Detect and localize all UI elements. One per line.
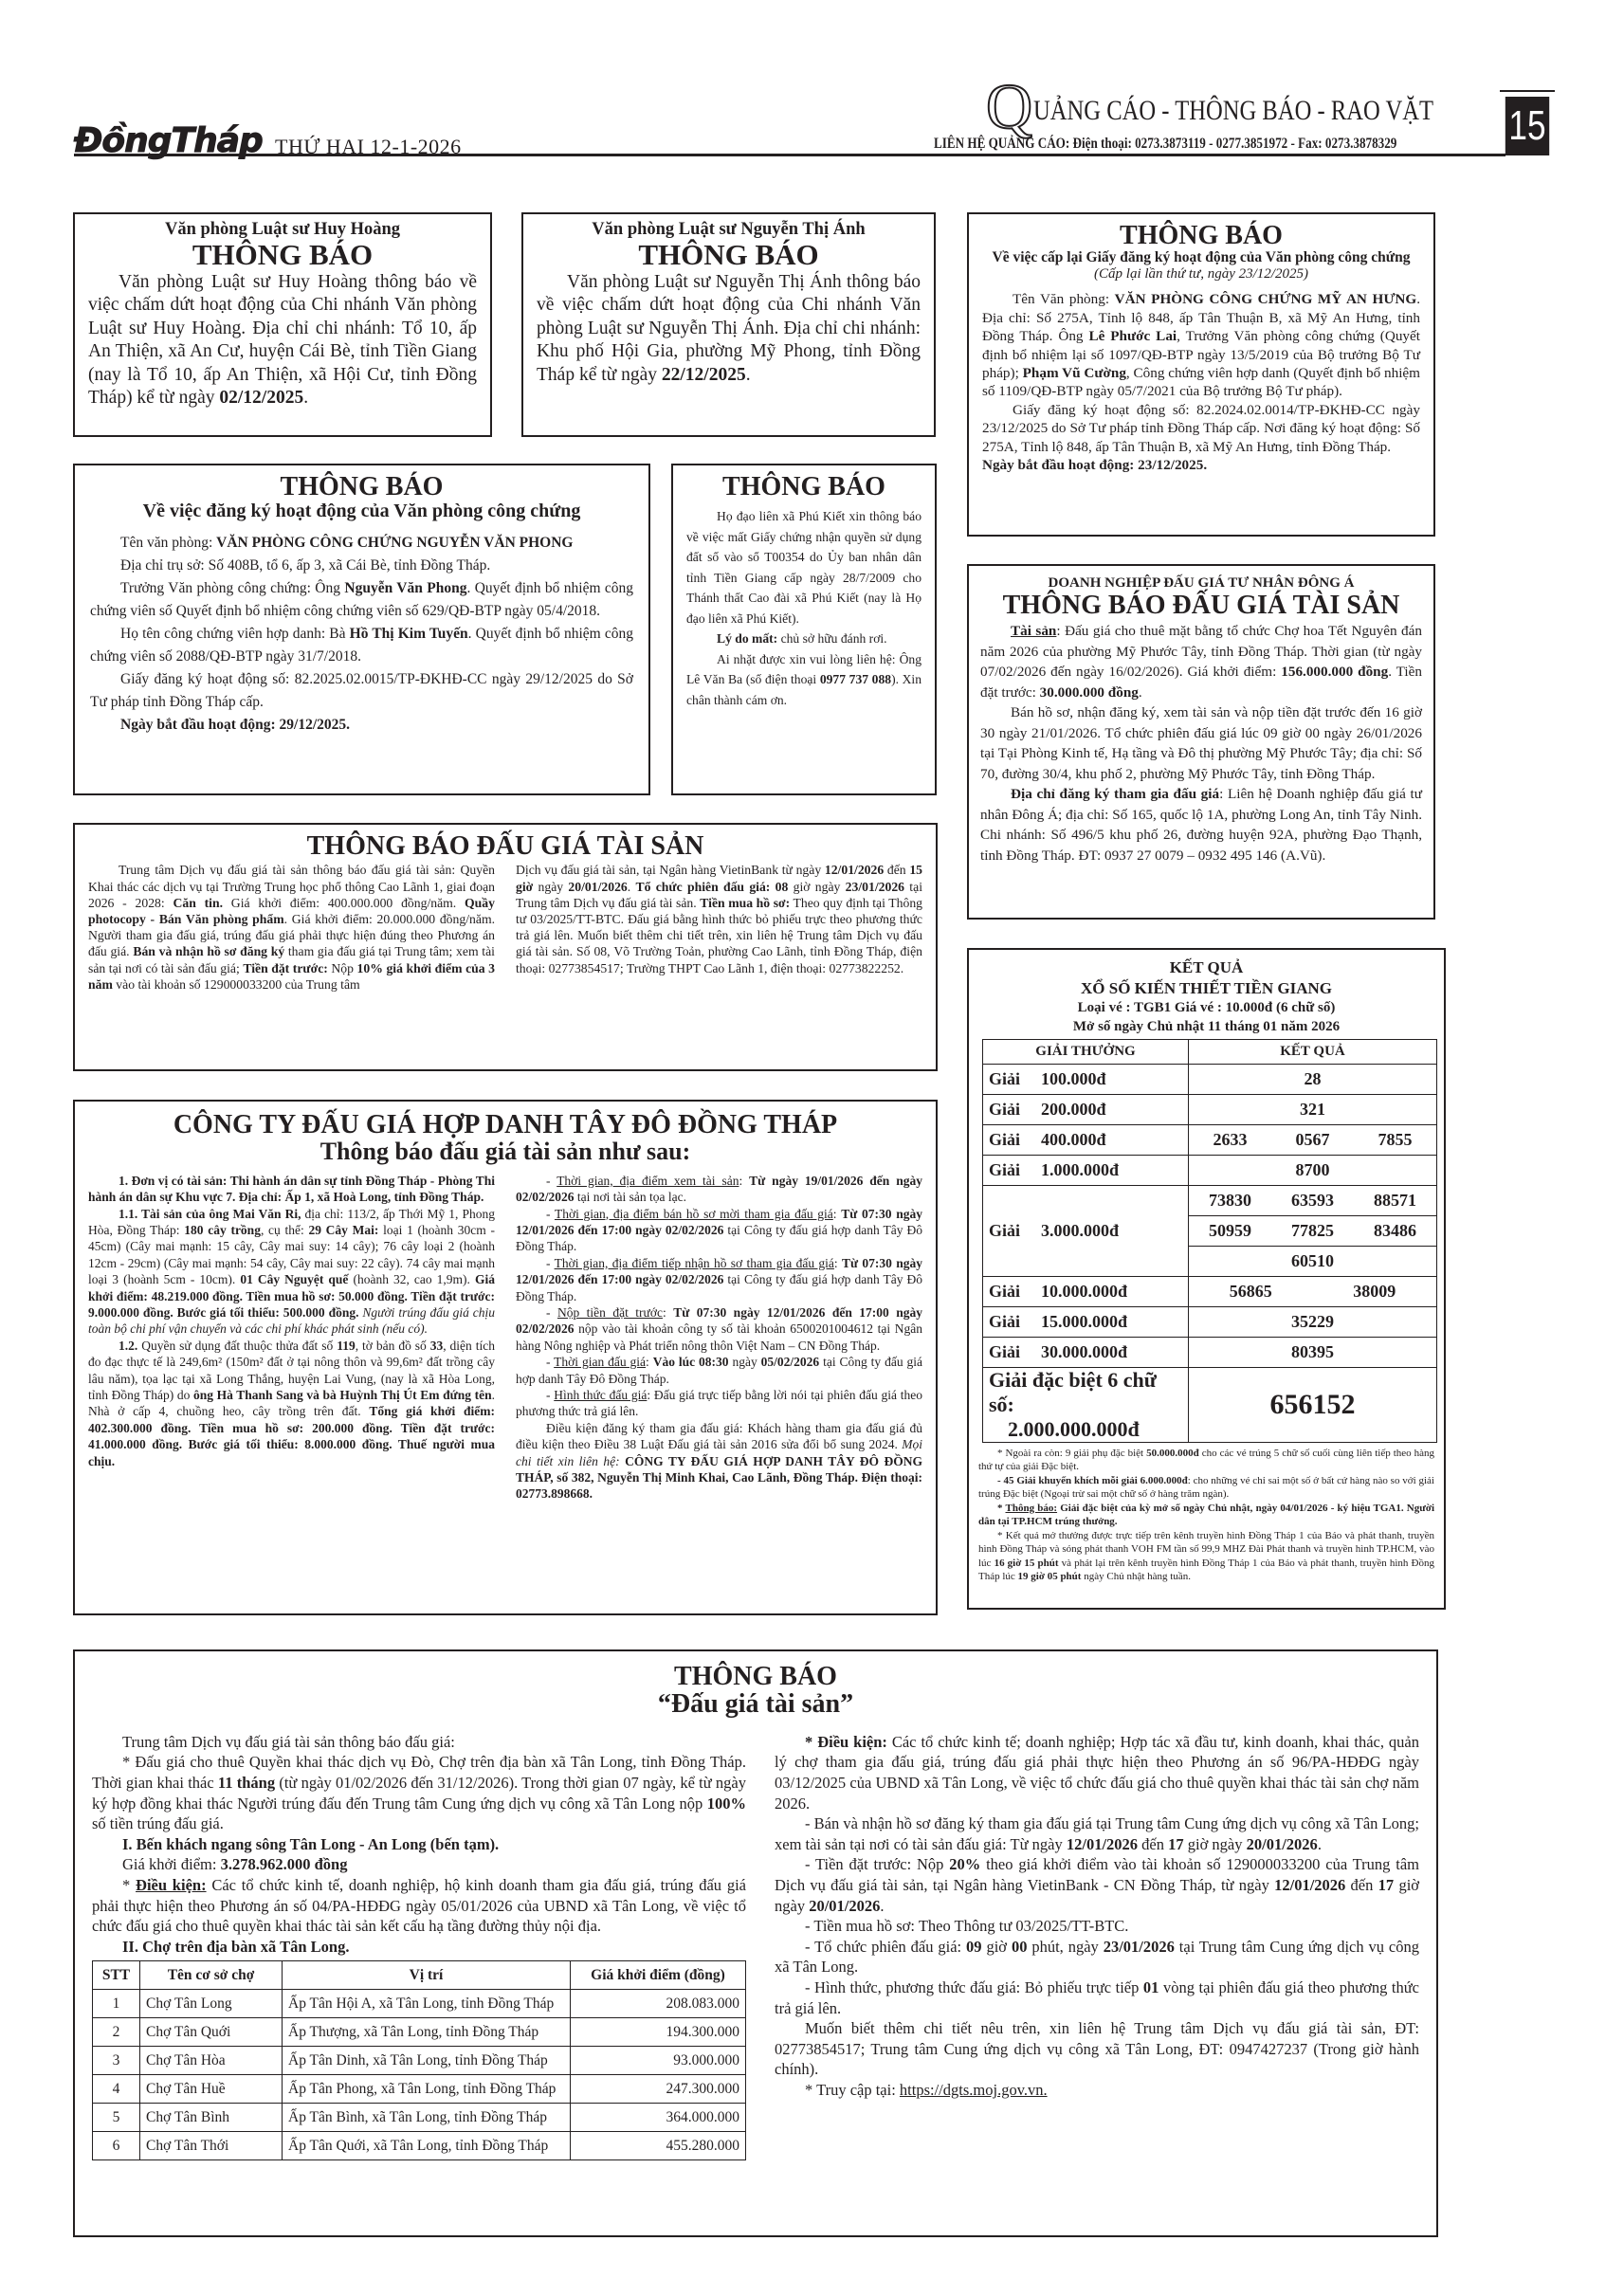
ad-paragraph: * Điều kiện: Các tổ chức kinh tế, doanh …: [92, 1875, 746, 1937]
winning-number: 77825: [1291, 1221, 1334, 1241]
ad-title: THÔNG BÁO: [982, 222, 1420, 249]
prize-cell: Giải200.000đ: [983, 1094, 1189, 1124]
winning-number: 38009: [1353, 1282, 1396, 1302]
market-col-header: Vị trí: [283, 1961, 571, 1990]
ad-paragraph: I. Bến khách ngang sông Tân Long - An Lo…: [92, 1834, 746, 1855]
ad-phu-kiet: THÔNG BÁO Họ đạo liên xã Phú Kiết xin th…: [671, 464, 937, 795]
ad-paragraph: 1.1. Tài sản của ông Mai Văn Ri, địa chỉ…: [88, 1206, 495, 1338]
prize-cell: Giải400.000đ: [983, 1124, 1189, 1155]
ad-paragraph: Điều kiện đăng ký tham gia đấu giá: Khác…: [516, 1420, 922, 1503]
ad-contact: Ai nhặt được xin vui lòng liên hệ: Ông L…: [686, 649, 921, 711]
ad-body: Văn phòng Luật sư Huy Hoàng thông báo về…: [88, 271, 477, 410]
ad-dong-a-auction: DOANH NGHIỆP ĐẤU GIÁ TƯ NHÂN ĐÔNG Á THÔN…: [967, 564, 1435, 920]
prize-cell: Giải15.000.000đ: [983, 1306, 1189, 1337]
ad-my-an-hung: THÔNG BÁO Về việc cấp lại Giấy đăng ký h…: [967, 212, 1435, 537]
prize-cell: Giải100.000đ: [983, 1064, 1189, 1094]
lottery-row: Giải400.000đ263305677855: [983, 1124, 1437, 1155]
ad-paragraph: - Tổ chức phiên đấu giá: 09 giờ 00 phút,…: [775, 1937, 1419, 1977]
header-rule: [74, 154, 1505, 156]
market-row: 1Chợ Tân LongẤp Tân Hội A, xã Tân Long, …: [93, 1990, 746, 2018]
winning-number: 35229: [1291, 1312, 1334, 1332]
ad-right-col: * Điều kiện: Các tổ chức kinh tế; doanh …: [775, 1732, 1419, 2161]
lottery-row: Giải200.000đ321: [983, 1094, 1437, 1124]
col-result: KẾT QUẢ: [1189, 1039, 1437, 1064]
lottery-row: Giải3.000.000đ738306359388571: [983, 1185, 1437, 1215]
ad-line: Giấy đăng ký hoạt động số: 82.2025.02.00…: [90, 668, 633, 714]
ad-register: Địa chỉ đăng ký tham gia đấu giá: Liên h…: [980, 784, 1422, 866]
ad-paragraph: Trung tâm Dịch vụ đấu giá tài sản thông …: [92, 1732, 746, 1753]
lottery-row: Giải100.000đ28: [983, 1064, 1437, 1094]
ad-paragraph: - Tiền đặt trước: Nộp 20% theo giá khởi …: [775, 1854, 1419, 1916]
lottery-notes: * Ngoài ra còn: 9 giải phụ đặc biệt 50.0…: [976, 1447, 1436, 1584]
market-row: 3Chợ Tân HòaẤp Tân Dinh, xã Tân Long, tỉ…: [93, 2047, 746, 2075]
ad-paragraph: - Bán và nhận hồ sơ đăng ký tham gia đấu…: [775, 1813, 1419, 1854]
lottery-note: - 45 Giải khuyến khích mỗi giải 6.000.00…: [978, 1474, 1434, 1502]
prize-cell: Giải1.000.000đ: [983, 1155, 1189, 1185]
ad-paragraph: Giá khởi điểm: 3.278.962.000 đồng: [92, 1854, 746, 1875]
market-row: 2Chợ Tân QuớiẤp Thượng, xã Tân Long, tỉn…: [93, 2018, 746, 2047]
winning-number: 60510: [1291, 1251, 1334, 1271]
ad-line: Trưởng Văn phòng công chứng: Ông Nguyễn …: [90, 577, 633, 623]
ad-para: Họ đạo liên xã Phú Kiết xin thông báo về…: [686, 506, 921, 629]
ad-cao-lanh-auction: THÔNG BÁO ĐẤU GIÁ TÀI SẢN Trung tâm Dịch…: [73, 823, 938, 1071]
lottery-note: * Ngoài ra còn: 9 giải phụ đặc biệt 50.0…: [978, 1447, 1434, 1474]
ad-col-2: Dịch vụ đấu giá tài sản, tại Ngân hàng V…: [516, 862, 922, 975]
winning-number: 63593: [1291, 1191, 1334, 1211]
ad-left-col: Trung tâm Dịch vụ đấu giá tài sản thông …: [92, 1732, 746, 1958]
winning-number: 0567: [1296, 1130, 1330, 1150]
ad-paragraph: * Đấu giá cho thuê Quyền khai thác dịch …: [92, 1752, 746, 1833]
lottery-subtitle: XỔ SỐ KIẾN THIẾT TIỀN GIANG: [976, 980, 1436, 997]
ad-subtitle: Về việc cấp lại Giấy đăng ký hoạt động c…: [982, 249, 1420, 266]
ad-body: Văn phòng Luật sư Nguyễn Thị Ánh thông b…: [537, 271, 921, 388]
market-row: 4Chợ Tân HuềẤp Tân Phong, xã Tân Long, t…: [93, 2075, 746, 2104]
prize-cell: Giải10.000.000đ: [983, 1276, 1189, 1306]
ad-para: Bán hồ sơ, nhận đăng ký, xem tài sản và …: [980, 702, 1422, 784]
ad-line: Tên văn phòng: VĂN PHÒNG CÔNG CHỨNG NGUY…: [90, 532, 633, 555]
market-row: 5Chợ Tân BìnhẤp Tân Bình, xã Tân Long, t…: [93, 2104, 746, 2132]
lottery-table: GIẢI THƯỞNG KẾT QUẢ Giải100.000đ28Giải20…: [982, 1039, 1437, 1443]
ad-paragraph: - Thời gian, địa điểm tiếp nhận hồ sơ th…: [516, 1255, 922, 1304]
market-col-header: STT: [93, 1961, 140, 1990]
page-number: 15: [1505, 97, 1549, 155]
ad-start-date: Ngày bắt đầu hoạt động: 23/12/2025.: [982, 456, 1420, 474]
section-initial: Q: [986, 74, 1032, 138]
ad-col-2: - Thời gian, địa điểm xem tài sản: Từ ng…: [516, 1173, 922, 1503]
prize-cell: Giải3.000.000đ: [983, 1185, 1189, 1276]
winning-number: 50959: [1209, 1221, 1251, 1241]
ad-tan-long-auction: THÔNG BÁO “Đấu giá tài sản” Trung tâm Dị…: [73, 1649, 1438, 2237]
winning-number: 83486: [1374, 1221, 1416, 1241]
winning-number: 7855: [1378, 1130, 1413, 1150]
ad-para: Giấy đăng ký hoạt động số: 82.2024.02.00…: [982, 401, 1420, 456]
ad-title: THÔNG BÁO: [686, 473, 921, 501]
winning-number: 80395: [1291, 1342, 1334, 1362]
ad-paragraph: * Điều kiện: Các tổ chức kinh tế; doanh …: [775, 1732, 1419, 1813]
ad-nguyen-thi-anh: Văn phòng Luật sư Nguyễn Thị Ánh THÔNG B…: [521, 212, 936, 437]
lottery-draw-date: Mở số ngày Chủ nhật 11 tháng 01 năm 2026: [976, 1019, 1436, 1035]
page-number-rule: [1500, 90, 1555, 92]
ad-org: DOANH NGHIỆP ĐẤU GIÁ TƯ NHÂN ĐÔNG Á: [980, 575, 1422, 592]
special-number: 656152: [1189, 1367, 1437, 1442]
ad-paragraph: - Tiền mua hồ sơ: Theo Thông tư 03/2025/…: [775, 1916, 1419, 1937]
ad-note: (Cấp lại lần thứ tư, ngày 23/12/2025): [982, 266, 1420, 282]
ad-paragraph: - Thời gian, địa điểm xem tài sản: Từ ng…: [516, 1173, 922, 1206]
prize-cell: Giải30.000.000đ: [983, 1337, 1189, 1367]
ad-reason: Lý do mất: chủ sở hữu đánh rơi.: [686, 629, 921, 649]
ad-org: Văn phòng Luật sư Huy Hoàng: [88, 220, 477, 240]
lottery-row: Giải1.000.000đ8700: [983, 1155, 1437, 1185]
winning-number: 88571: [1374, 1191, 1416, 1211]
market-col-header: Giá khởi điểm (đồng): [571, 1961, 746, 1990]
lottery-row: Giải10.000.000đ5686538009: [983, 1276, 1437, 1306]
ad-paragraph: - Hình thức đấu giá: Đấu giá trực tiếp b…: [516, 1387, 922, 1420]
ad-title: THÔNG BÁO: [92, 1663, 1419, 1690]
ad-paragraph: - Nộp tiền đặt trước: Từ 07:30 ngày 12/0…: [516, 1304, 922, 1354]
lottery-note: * Kết quả mở thưởng được trực tiếp trên …: [978, 1529, 1434, 1584]
ad-col-1: Trung tâm Dịch vụ đấu giá tài sản thông …: [88, 862, 495, 993]
ad-paragraph: 1. Đơn vị có tài sản: Thi hành án dân sự…: [88, 1173, 495, 1206]
winning-number: 56865: [1230, 1282, 1272, 1302]
ad-line: Địa chỉ trụ sở: Số 408B, tổ 6, ấp 3, xã …: [90, 555, 633, 577]
lottery-row: Giải15.000.000đ35229: [983, 1306, 1437, 1337]
ad-col-1: 1. Đơn vị có tài sản: Thi hành án dân sự…: [88, 1173, 495, 1503]
ad-title: THÔNG BÁO ĐẤU GIÁ TÀI SẢN: [980, 592, 1422, 619]
ad-start-date: Ngày bắt đầu hoạt động: 29/12/2025.: [90, 714, 633, 737]
ad-paragraph: II. Chợ trên địa bàn xã Tân Long.: [92, 1937, 746, 1958]
ad-contact-line: LIÊN HỆ QUẢNG CÁO: Điện thoại: 0273.3873…: [934, 136, 1396, 153]
lottery-note: * Thông báo: Giải đặc biệt của kỳ mở số …: [978, 1502, 1434, 1529]
winning-number: 321: [1300, 1100, 1325, 1120]
ad-paragraph: 1.2. Quyền sử dụng đất thuộc thửa đất số…: [88, 1338, 495, 1469]
ad-title: THÔNG BÁO: [88, 240, 477, 271]
ad-subtitle: Thông báo đấu giá tài sản như sau:: [88, 1139, 922, 1164]
ad-title: CÔNG TY ĐẤU GIÁ HỢP DANH TÂY ĐÔ ĐỒNG THÁ…: [88, 1111, 922, 1139]
lottery-row: Giải30.000.000đ80395: [983, 1337, 1437, 1367]
section-title: UẢNG CÁO - THÔNG BÁO - RAO VẶT: [1033, 95, 1433, 127]
col-prize: GIẢI THƯỞNG: [983, 1039, 1189, 1064]
market-col-header: Tên cơ sở chợ: [140, 1961, 283, 1990]
lottery-title: KẾT QUẢ: [976, 959, 1436, 976]
winning-number: 8700: [1296, 1160, 1330, 1180]
ad-para: Tên Văn phòng: VĂN PHÒNG CÔNG CHỨNG MỸ A…: [982, 290, 1420, 400]
ad-asset: Tài sản: Đấu giá cho thuê mặt bằng tổ ch…: [980, 621, 1422, 702]
ad-tay-do-auction: CÔNG TY ĐẤU GIÁ HỢP DANH TÂY ĐÔ ĐỒNG THÁ…: [73, 1100, 938, 1615]
winning-number: 73830: [1209, 1191, 1251, 1211]
special-prize-row: Giải đặc biệt 6 chữ số:2.000.000.000đ656…: [983, 1367, 1437, 1442]
ad-paragraph: * Truy cập tại: https://dgts.moj.gov.vn.: [775, 2080, 1419, 2101]
ad-org: Văn phòng Luật sư Nguyễn Thị Ánh: [537, 220, 921, 240]
ad-paragraph: - Thời gian, địa điểm bán hồ sơ mời tham…: [516, 1206, 922, 1255]
ad-nguyen-van-phong: THÔNG BÁO Về việc đăng ký hoạt động của …: [73, 464, 650, 795]
ad-paragraph: - Hình thức, phương thức đấu giá: Bỏ phi…: [775, 1977, 1419, 2018]
ad-paragraph: - Thời gian đấu giá: Vào lúc 08:30 ngày …: [516, 1354, 922, 1387]
ad-subtitle: Về việc đăng ký hoạt động của Văn phòng …: [90, 501, 633, 522]
ad-huy-hoang: Văn phòng Luật sư Huy Hoàng THÔNG BÁO Vă…: [73, 212, 492, 437]
market-table: STTTên cơ sở chợVị tríGiá khởi điểm (đồn…: [92, 1960, 746, 2160]
ad-subtitle: “Đấu giá tài sản”: [92, 1690, 1419, 1718]
ad-paragraph: Muốn biết thêm chi tiết nêu trên, xin li…: [775, 2018, 1419, 2080]
ad-title: THÔNG BÁO: [90, 473, 633, 501]
winning-number: 2633: [1213, 1130, 1248, 1150]
lottery-ticket: Loại vé : TGB1 Giá vé : 10.000đ (6 chữ s…: [976, 1000, 1436, 1016]
ad-title: THÔNG BÁO ĐẤU GIÁ TÀI SẢN: [88, 832, 922, 860]
lottery-results: KẾT QUẢ XỔ SỐ KIẾN THIẾT TIỀN GIANG Loại…: [967, 948, 1446, 1610]
market-row: 6Chợ Tân ThớiẤp Tân Quới, xã Tân Long, t…: [93, 2132, 746, 2160]
ad-title: THÔNG BÁO: [537, 240, 921, 271]
ad-line: Họ tên công chứng viên hợp danh: Bà Hồ T…: [90, 623, 633, 668]
winning-number: 28: [1305, 1069, 1322, 1089]
